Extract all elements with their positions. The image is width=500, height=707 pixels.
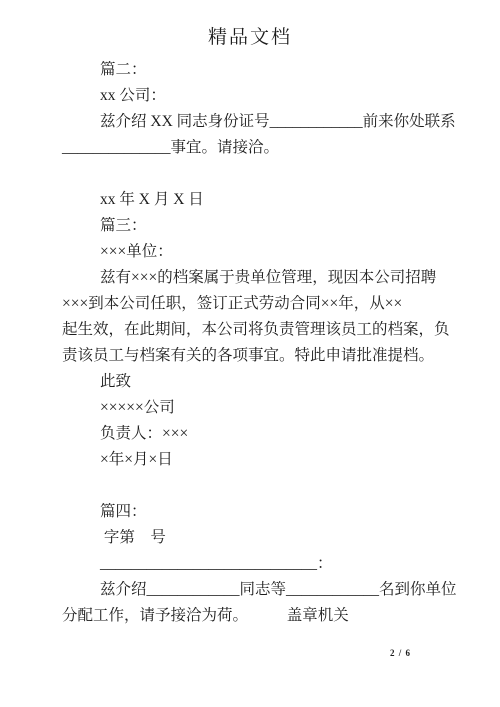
doc-line: ____________________________： <box>62 551 470 577</box>
doc-line: ______________事宜。请接洽。 <box>62 135 470 161</box>
doc-line: xx 公司： <box>62 83 470 109</box>
doc-line: 篇四： <box>62 499 470 525</box>
doc-line: 兹介绍____________同志等____________名到你单位 <box>62 577 470 603</box>
doc-line: ×××到本公司任职，签订正式劳动合同××年，从×× <box>62 291 470 317</box>
doc-line: ×××单位： <box>62 239 470 265</box>
doc-line: 篇二： <box>62 57 470 83</box>
doc-line: 责该员工与档案有关的各项事宜。特此申请批准提档。 <box>62 343 470 369</box>
doc-line: xx 年 X 月 X 日 <box>62 187 470 213</box>
doc-blank-line <box>62 473 470 499</box>
doc-line: 负责人：××× <box>62 421 470 447</box>
document-header-title: 精品文档 <box>0 0 500 49</box>
doc-line: 兹有×××的档案属于贵单位管理，现因本公司招聘 <box>62 265 470 291</box>
doc-line: ×××××公司 <box>62 395 470 421</box>
doc-line: ×年×月×日 <box>62 447 470 473</box>
doc-line: 字第 号 <box>62 525 470 551</box>
doc-line: 篇三： <box>62 213 470 239</box>
doc-blank-line <box>62 161 470 187</box>
document-body: 篇二： xx 公司： 兹介绍 XX 同志身份证号____________前来你处… <box>62 57 470 629</box>
doc-line: 此致 <box>62 369 470 395</box>
doc-line: 起生效，在此期间，本公司将负责管理该员工的档案，负 <box>62 317 470 343</box>
doc-line: 兹介绍 XX 同志身份证号____________前来你处联系 <box>62 109 470 135</box>
page-number: 2 / 6 <box>390 648 411 658</box>
document-page: 精品文档 篇二： xx 公司： 兹介绍 XX 同志身份证号___________… <box>0 0 500 707</box>
doc-line: 分配工作，请予接洽为荷。 盖章机关 <box>62 603 470 629</box>
